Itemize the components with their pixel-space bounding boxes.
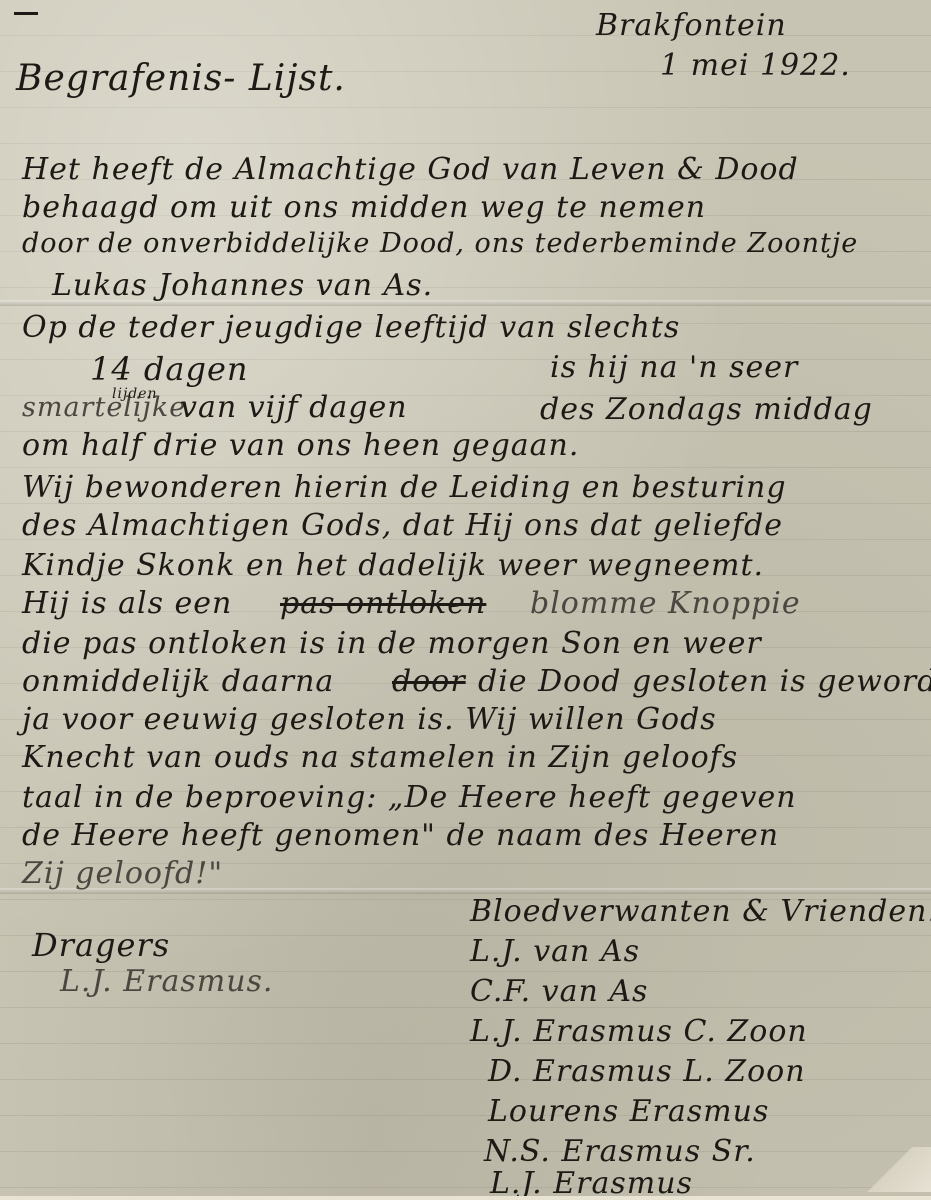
relatives-label: Bloedverwanten & Vrienden.	[470, 894, 931, 929]
page-title: Begrafenis- Lijst.	[16, 58, 346, 99]
bearers-label: Dragers	[32, 926, 170, 964]
body-line: Op de teder jeugdige leeftijd van slecht…	[22, 310, 680, 345]
body-line: door de onverbiddelijke Dood, ons tederb…	[22, 228, 858, 259]
body-line: onmiddelijk daarna	[22, 664, 334, 699]
body-line: smartelijke	[22, 392, 186, 423]
date: 1 mei 1922.	[660, 48, 851, 83]
body-line: Knecht van ouds na stamelen in Zijn gelo…	[22, 740, 738, 775]
body-line: om half drie van ons heen gegaan.	[22, 428, 579, 463]
relative-name: L.J. Erasmus C. Zoon	[470, 1014, 808, 1049]
body-line: ja voor eeuwig gesloten is. Wij willen G…	[22, 702, 717, 737]
corner-curl	[851, 1147, 931, 1192]
bearer-name: L.J. Erasmus.	[60, 964, 273, 999]
body-line: Het heeft de Almachtige God van Leven & …	[22, 152, 799, 187]
body-line: die Dood gesloten is geworden	[478, 664, 931, 699]
relative-name: N.S. Erasmus Sr.	[484, 1134, 756, 1169]
body-line: 14 dagen	[90, 350, 248, 388]
relative-name: D. Erasmus L. Zoon	[488, 1054, 806, 1089]
relative-name: L.J. Erasmus	[490, 1166, 693, 1196]
struck-text: pas ontloken	[280, 586, 486, 621]
body-line: Wij bewonderen hierin de Leiding en best…	[22, 470, 787, 505]
document-page: Brakfontein 1 mei 1922. Begrafenis- Lijs…	[0, 0, 931, 1196]
body-line: is hij na 'n seer	[550, 350, 798, 385]
body-line: Zij geloofd!"	[22, 856, 223, 891]
body-line: die pas ontloken is in de morgen Son en …	[22, 626, 762, 661]
body-line: blomme Knoppie	[530, 586, 801, 621]
body-line: van vijf dagen	[180, 390, 408, 425]
deceased-name: Lukas Johannes van As.	[52, 268, 433, 303]
relative-name: L.J. van As	[470, 934, 640, 969]
body-line: Kindje Skonk en het dadelijk weer wegnee…	[22, 548, 764, 583]
relative-name: C.F. van As	[470, 974, 648, 1009]
body-line: Hij is als een	[22, 586, 232, 621]
body-line: de Heere heeft genomen" de naam des Heer…	[22, 818, 779, 853]
interlinear-insert: lijden	[112, 386, 158, 402]
body-line: des Almachtigen Gods, dat Hij ons dat ge…	[22, 508, 783, 543]
margin-dash	[14, 12, 38, 15]
body-line: taal in de beproeving: „De Heere heeft g…	[22, 780, 797, 815]
relative-name: Lourens Erasmus	[488, 1094, 769, 1129]
struck-text: door	[392, 664, 466, 699]
body-line: behaagd om uit ons midden weg te nemen	[22, 190, 706, 225]
body-line: des Zondags middag	[540, 392, 873, 427]
place-name: Brakfontein	[596, 8, 787, 43]
